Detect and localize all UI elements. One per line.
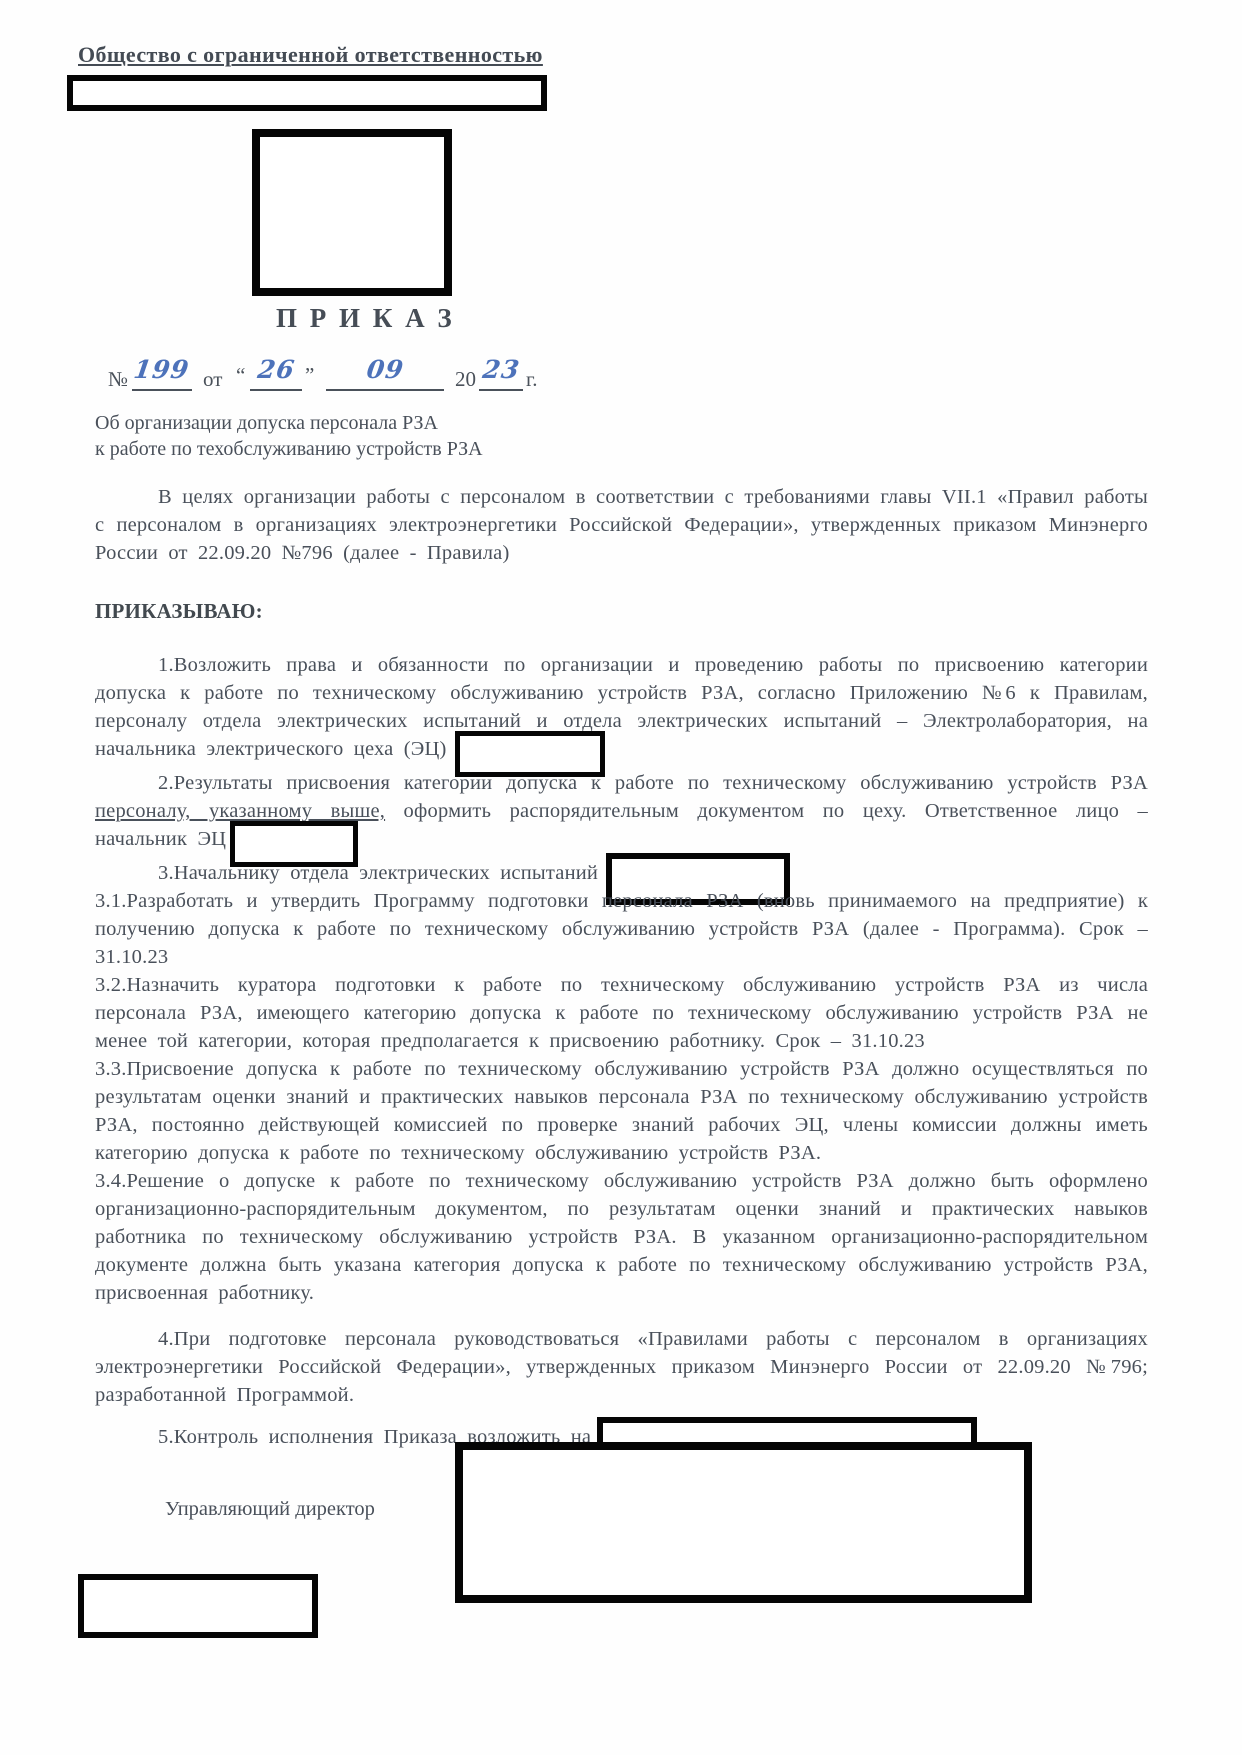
- item-4-paragraph: 4.При подготовке персонала руководствова…: [95, 1325, 1148, 1409]
- item-3-4-paragraph: 3.4.Решение о допуске к работе по технич…: [95, 1167, 1148, 1307]
- item-4-text: 4.При подготовке персонала руководствова…: [95, 1328, 1148, 1406]
- item-3-1-text: 3.1.Разработать и утвердить Программу по…: [95, 890, 1148, 968]
- item-3-paragraph: 3.Начальнику отдела электрических испыта…: [95, 859, 1148, 887]
- subject-block: Об организации допуска персонала РЗА к р…: [95, 410, 483, 462]
- item-3-text: 3.Начальнику отдела электрических испыта…: [158, 862, 598, 884]
- ot-label: от: [203, 367, 222, 392]
- order-number-blank: 199: [132, 355, 192, 391]
- scanned-order-document: Общество с ограниченной ответственностью…: [0, 0, 1242, 1755]
- org-type-line: Общество с ограниченной ответственностью: [78, 42, 543, 68]
- item-3-3-paragraph: 3.3.Присвоение допуска к работе по техни…: [95, 1055, 1148, 1167]
- year-blank: 23: [479, 355, 523, 391]
- day-blank: 26: [250, 355, 302, 391]
- item-3-2-paragraph: 3.2.Назначить куратора подготовки к рабо…: [95, 971, 1148, 1055]
- order-number-date-line: № 199 от “ 26 ” 09 20 23 г.: [0, 355, 1242, 401]
- item-3-3-text: 3.3.Присвоение допуска к работе по техни…: [95, 1058, 1148, 1164]
- century-label: 20: [455, 367, 476, 392]
- month-handwritten: 09: [365, 355, 406, 384]
- item-3-1-paragraph: 3.1.Разработать и утвердить Программу по…: [95, 887, 1148, 971]
- document-title: П Р И К А З: [276, 303, 455, 334]
- year-suffix-label: г.: [526, 367, 538, 392]
- order-body: В целях организации работы с персоналом …: [95, 483, 1148, 1451]
- item-2-text-pre: 2.Результаты присвоения категории допуск…: [158, 772, 1148, 794]
- redaction-box-signature: [455, 1442, 1032, 1603]
- year-handwritten: 23: [481, 355, 522, 384]
- item-2-paragraph: 2.Результаты присвоения категории допуск…: [95, 769, 1148, 853]
- month-blank: 09: [326, 355, 444, 391]
- intro-paragraph: В целях организации работы с персоналом …: [95, 483, 1148, 567]
- item-3-2-text: 3.2.Назначить куратора подготовки к рабо…: [95, 974, 1148, 1052]
- item-2-underlined-text: персоналу, указанному выше,: [95, 800, 385, 822]
- order-number-handwritten: 199: [132, 355, 191, 384]
- redaction-box-logo: [252, 129, 452, 296]
- intro-text: В целях организации работы с персоналом …: [95, 486, 1148, 564]
- item-1-paragraph: 1.Возложить права и обязанности по орган…: [95, 651, 1148, 763]
- number-sign-label: №: [108, 367, 128, 392]
- subject-line-1: Об организации допуска персонала РЗА: [95, 410, 483, 436]
- redaction-box-bottom-left: [78, 1574, 318, 1638]
- redaction-box-org-name: [67, 75, 547, 111]
- subject-line-2: к работе по техобслуживанию устройств РЗ…: [95, 436, 483, 462]
- item-3-4-text: 3.4.Решение о допуске к работе по технич…: [95, 1170, 1148, 1304]
- item-1-text: 1.Возложить права и обязанности по орган…: [95, 654, 1148, 760]
- day-handwritten: 26: [256, 355, 297, 384]
- resolution-word: ПРИКАЗЫВАЮ:: [95, 597, 1148, 625]
- close-quote: ”: [305, 363, 314, 388]
- open-quote: “: [236, 363, 245, 388]
- signatory-title: Управляющий директор: [165, 1498, 375, 1521]
